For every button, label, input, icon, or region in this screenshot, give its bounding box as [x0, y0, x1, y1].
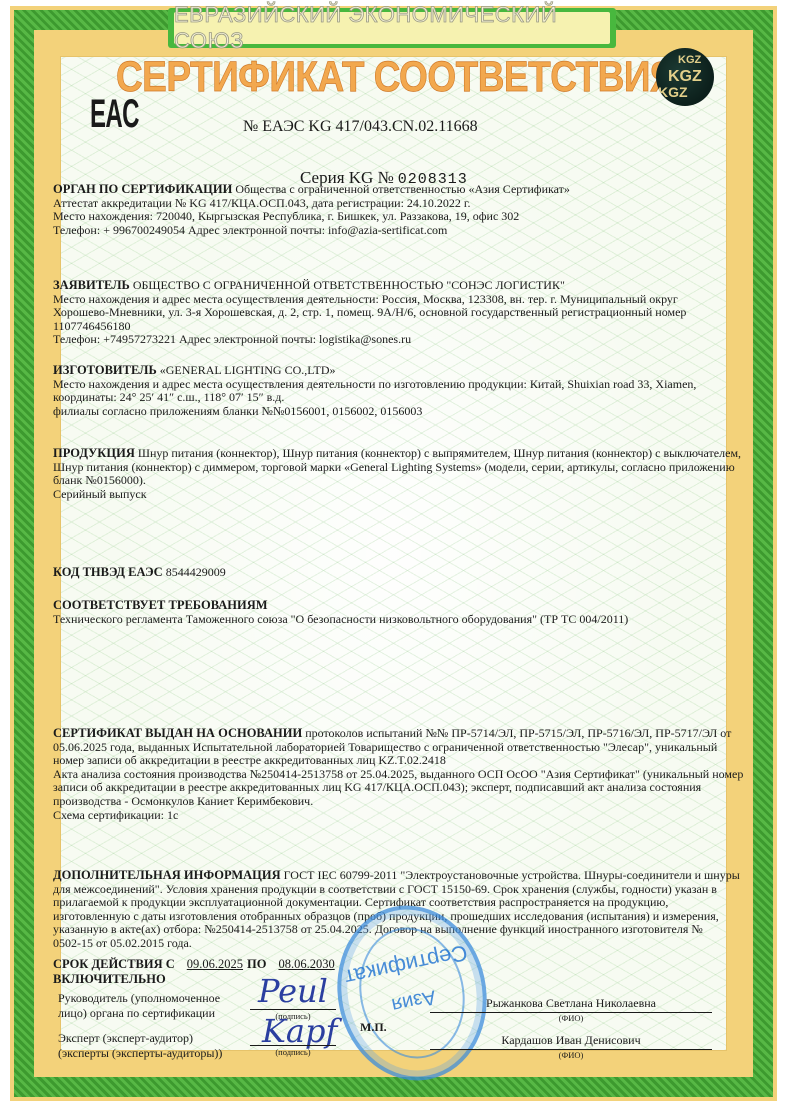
section-heading: ОРГАН ПО СЕРТИФИКАЦИИ — [53, 182, 232, 196]
tnved-section: КОД ТНВЭД ЕАЭС 8544429009 — [53, 566, 743, 580]
head-name: Рыжанкова Светлана Николаевна — [430, 996, 712, 1011]
head-signature: Peul — [258, 972, 328, 1010]
banner-text: ЕВРАЗИЙСКИЙ ЭКОНОМИЧЕСКИЙ СОЮЗ — [174, 2, 610, 54]
valid-from-date: 09.06.2025 — [175, 957, 247, 971]
basis-section: СЕРТИФИКАТ ВЫДАН НА ОСНОВАНИИ протоколов… — [53, 727, 743, 822]
expert-label: Эксперт (эксперт-аудитор) (эксперты (экс… — [58, 1031, 222, 1061]
section-heading: ПРОДУКЦИЯ — [53, 446, 135, 460]
expert-name: Кардашов Иван Денисович — [430, 1033, 712, 1048]
section-heading: СООТВЕТСТВУЕТ ТРЕБОВАНИЯМ — [53, 598, 268, 612]
certification-body-section: ОРГАН ПО СЕРТИФИКАЦИИ Общества с огранич… — [53, 183, 743, 237]
valid-to-date: 08.06.2030 — [266, 957, 338, 971]
section-heading: ЗАЯВИТЕЛЬ — [53, 278, 130, 292]
section-heading: ИЗГОТОВИТЕЛЬ — [53, 363, 157, 377]
applicant-section: ЗАЯВИТЕЛЬ ОБЩЕСТВО С ОГРАНИЧЕННОЙ ОТВЕТС… — [53, 279, 743, 347]
section-heading: СЕРТИФИКАТ ВЫДАН НА ОСНОВАНИИ — [53, 726, 302, 740]
section-heading: ДОПОЛНИТЕЛЬНАЯ ИНФОРМАЦИЯ — [53, 868, 281, 882]
product-section: ПРОДУКЦИЯ Шнур питания (коннектор), Шнур… — [53, 447, 743, 501]
requirements-section: СООТВЕТСТВУЕТ ТРЕБОВАНИЯМ Технического р… — [53, 599, 743, 626]
tnved-code: 8544429009 — [163, 565, 226, 579]
certificate-number: № ЕАЭС KG 417/043.CN.02.11668 — [243, 118, 478, 136]
hologram-icon: KGZ KGZ KGZ — [656, 48, 714, 106]
stamp-place-label: М.П. — [360, 1020, 387, 1035]
expert-signature-line — [250, 1045, 336, 1046]
header-banner: ЕВРАЗИЙСКИЙ ЭКОНОМИЧЕСКИЙ СОЮЗ — [168, 8, 616, 48]
head-signature-line — [250, 1009, 336, 1010]
section-heading: КОД ТНВЭД ЕАЭС — [53, 565, 163, 579]
eac-logo-icon: EAC — [90, 92, 139, 137]
head-label: Руководитель (уполномоченное лицо) орган… — [58, 991, 220, 1021]
manufacturer-section: ИЗГОТОВИТЕЛЬ «GENERAL LIGHTING CO.,LTD» … — [53, 364, 743, 418]
